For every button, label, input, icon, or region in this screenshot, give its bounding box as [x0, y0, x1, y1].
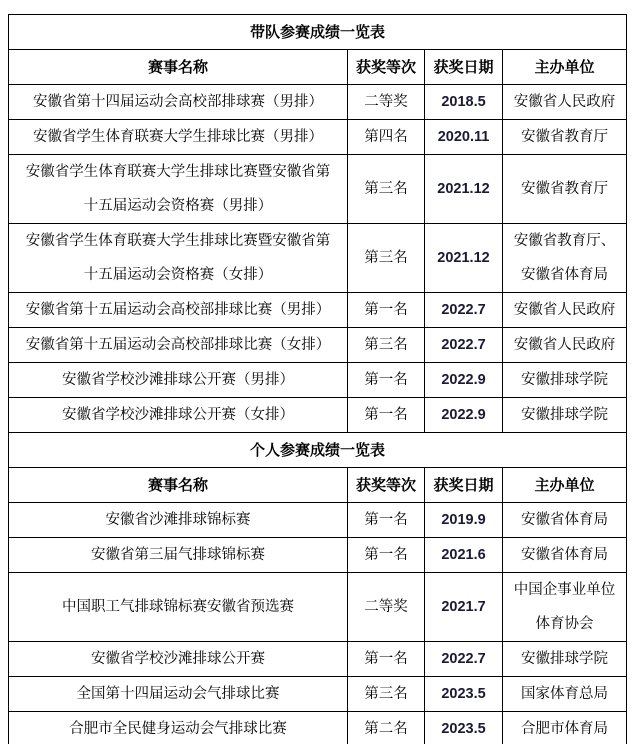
organizer: 安徽省体育局	[503, 503, 627, 538]
results-table: 带队参赛成绩一览表 赛事名称 获奖等次 获奖日期 主办单位 安徽省第十四届运动会…	[8, 14, 627, 744]
event-name-line: 十五届运动会资格赛（女排）	[11, 258, 345, 292]
section-title-row: 带队参赛成绩一览表	[9, 15, 627, 50]
award-date: 2022.9	[425, 398, 503, 433]
event-name: 安徽省学校沙滩排球公开赛（男排）	[9, 363, 348, 398]
award: 第一名	[348, 363, 425, 398]
award: 第一名	[348, 398, 425, 433]
section-title-row: 个人参赛成绩一览表	[9, 433, 627, 468]
event-name: 安徽省沙滩排球锦标赛	[9, 503, 348, 538]
organizer-line: 安徽省教育厅、	[505, 224, 624, 258]
table-row: 合肥市全民健身运动会气排球比赛 第二名 2023.5 合肥市体育局	[9, 712, 627, 744]
event-name: 中国职工气排球锦标赛安徽省预选赛	[9, 573, 348, 642]
award-date: 2023.5	[425, 712, 503, 744]
organizer: 安徽省人民政府	[503, 328, 627, 363]
table-row: 中国职工气排球锦标赛安徽省预选赛 二等奖 2021.7 中国企事业单位 体育协会	[9, 573, 627, 642]
award: 第三名	[348, 224, 425, 293]
event-name-line: 安徽省学生体育联赛大学生排球比赛暨安徽省第	[11, 224, 345, 258]
award-date: 2022.7	[425, 328, 503, 363]
header-date: 获奖日期	[425, 468, 503, 503]
organizer: 安徽排球学院	[503, 363, 627, 398]
table-row: 安徽省沙滩排球锦标赛 第一名 2019.9 安徽省体育局	[9, 503, 627, 538]
table-row: 安徽省第三届气排球锦标赛 第一名 2021.6 安徽省体育局	[9, 538, 627, 573]
table-row: 安徽省学生体育联赛大学生排球比赛（男排） 第四名 2020.11 安徽省教育厅	[9, 120, 627, 155]
organizer-line: 体育协会	[505, 607, 624, 641]
header-row: 赛事名称 获奖等次 获奖日期 主办单位	[9, 468, 627, 503]
event-name: 安徽省第三届气排球锦标赛	[9, 538, 348, 573]
event-name: 安徽省学生体育联赛大学生排球比赛（男排）	[9, 120, 348, 155]
event-name-line: 安徽省学生体育联赛大学生排球比赛暨安徽省第	[11, 155, 345, 189]
organizer: 安徽省教育厅、 安徽省体育局	[503, 224, 627, 293]
organizer-line: 中国企事业单位	[505, 573, 624, 607]
award-date: 2022.9	[425, 363, 503, 398]
award: 第三名	[348, 328, 425, 363]
award: 第一名	[348, 538, 425, 573]
organizer: 安徽省体育局	[503, 538, 627, 573]
organizer: 国家体育总局	[503, 677, 627, 712]
header-organizer: 主办单位	[503, 50, 627, 85]
award-date: 2021.7	[425, 573, 503, 642]
award: 第四名	[348, 120, 425, 155]
header-award: 获奖等次	[348, 468, 425, 503]
award-date: 2021.12	[425, 224, 503, 293]
award: 第一名	[348, 642, 425, 677]
table-row: 安徽省第十五届运动会高校部排球比赛（男排） 第一名 2022.7 安徽省人民政府	[9, 293, 627, 328]
award-date: 2020.11	[425, 120, 503, 155]
table-row: 安徽省第十四届运动会高校部排球赛（男排） 二等奖 2018.5 安徽省人民政府	[9, 85, 627, 120]
event-name: 安徽省学校沙滩排球公开赛	[9, 642, 348, 677]
table-row: 安徽省学生体育联赛大学生排球比赛暨安徽省第 十五届运动会资格赛（男排） 第三名 …	[9, 155, 627, 224]
section-title: 个人参赛成绩一览表	[9, 433, 627, 468]
award-date: 2022.7	[425, 293, 503, 328]
organizer: 中国企事业单位 体育协会	[503, 573, 627, 642]
header-event-name: 赛事名称	[9, 468, 348, 503]
organizer: 安徽省人民政府	[503, 293, 627, 328]
award: 第二名	[348, 712, 425, 744]
table-row: 安徽省学校沙滩排球公开赛（女排） 第一名 2022.9 安徽排球学院	[9, 398, 627, 433]
award-date: 2022.7	[425, 642, 503, 677]
award: 二等奖	[348, 573, 425, 642]
organizer: 安徽省人民政府	[503, 85, 627, 120]
event-name: 合肥市全民健身运动会气排球比赛	[9, 712, 348, 744]
table-row: 全国第十四届运动会气排球比赛 第三名 2023.5 国家体育总局	[9, 677, 627, 712]
award: 第一名	[348, 503, 425, 538]
award-date: 2023.5	[425, 677, 503, 712]
header-organizer: 主办单位	[503, 468, 627, 503]
award: 第三名	[348, 677, 425, 712]
award-date: 2018.5	[425, 85, 503, 120]
organizer: 安徽省教育厅	[503, 155, 627, 224]
event-name: 安徽省学生体育联赛大学生排球比赛暨安徽省第 十五届运动会资格赛（男排）	[9, 155, 348, 224]
award: 第三名	[348, 155, 425, 224]
organizer-line: 安徽省体育局	[505, 258, 624, 292]
award-date: 2021.12	[425, 155, 503, 224]
award: 第一名	[348, 293, 425, 328]
event-name: 安徽省第十五届运动会高校部排球比赛（女排）	[9, 328, 348, 363]
event-name: 安徽省第十四届运动会高校部排球赛（男排）	[9, 85, 348, 120]
event-name-line: 十五届运动会资格赛（男排）	[11, 189, 345, 223]
section-title: 带队参赛成绩一览表	[9, 15, 627, 50]
award-date: 2021.6	[425, 538, 503, 573]
header-row: 赛事名称 获奖等次 获奖日期 主办单位	[9, 50, 627, 85]
table-row: 安徽省学生体育联赛大学生排球比赛暨安徽省第 十五届运动会资格赛（女排） 第三名 …	[9, 224, 627, 293]
header-date: 获奖日期	[425, 50, 503, 85]
award-date: 2019.9	[425, 503, 503, 538]
organizer: 安徽排球学院	[503, 642, 627, 677]
award: 二等奖	[348, 85, 425, 120]
event-name: 全国第十四届运动会气排球比赛	[9, 677, 348, 712]
table-row: 安徽省第十五届运动会高校部排球比赛（女排） 第三名 2022.7 安徽省人民政府	[9, 328, 627, 363]
organizer: 安徽排球学院	[503, 398, 627, 433]
table-row: 安徽省学校沙滩排球公开赛（男排） 第一名 2022.9 安徽排球学院	[9, 363, 627, 398]
header-award: 获奖等次	[348, 50, 425, 85]
event-name: 安徽省学生体育联赛大学生排球比赛暨安徽省第 十五届运动会资格赛（女排）	[9, 224, 348, 293]
event-name: 安徽省学校沙滩排球公开赛（女排）	[9, 398, 348, 433]
organizer: 安徽省教育厅	[503, 120, 627, 155]
table-row: 安徽省学校沙滩排球公开赛 第一名 2022.7 安徽排球学院	[9, 642, 627, 677]
event-name: 安徽省第十五届运动会高校部排球比赛（男排）	[9, 293, 348, 328]
header-event-name: 赛事名称	[9, 50, 348, 85]
organizer: 合肥市体育局	[503, 712, 627, 744]
